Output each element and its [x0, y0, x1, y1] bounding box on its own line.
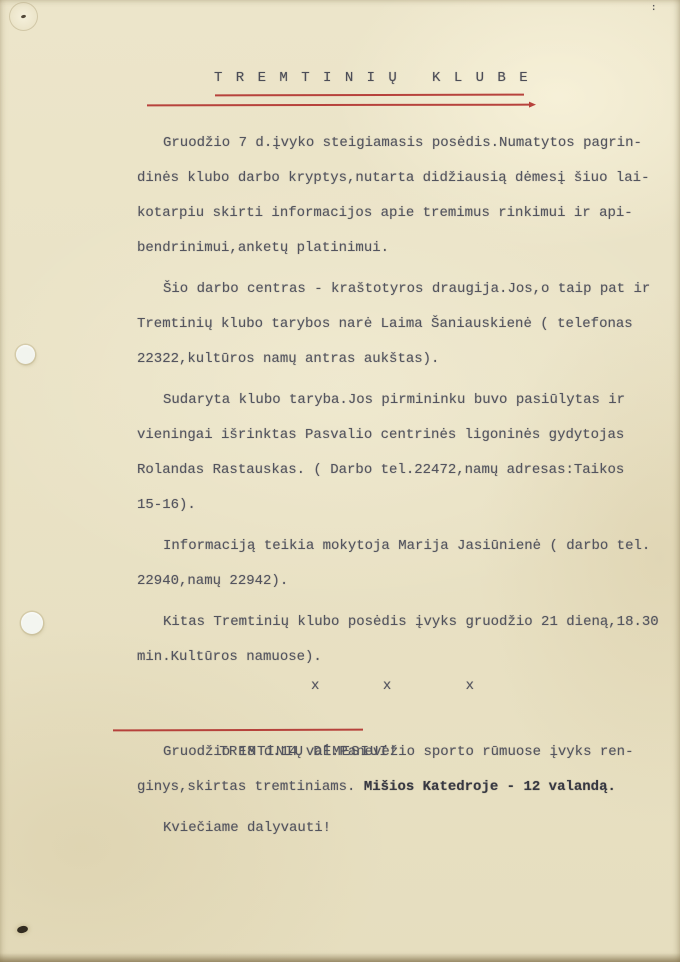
paragraph-next-meeting: Kitas Tremtinių klubo posėdis įvyks gruo…: [137, 605, 657, 675]
punch-hole-faint: [9, 2, 38, 31]
paragraph-founding-meeting: Gruodžio 7 d.įvyko steigiamasis posėdis.…: [137, 126, 657, 266]
section-heading-text: TREMTINIŲ DĖMESIUI!: [219, 744, 398, 760]
title-underline-bottom: [147, 104, 531, 107]
divider-x: x: [383, 669, 391, 704]
title-underline-top: [215, 94, 524, 97]
text-line: Rolandas Rastauskas. ( Darbo tel.22472,n…: [137, 453, 657, 488]
document-body: Gruodžio 7 d.įvyko steigiamasis posėdis.…: [137, 126, 657, 846]
punch-hole-lower: [21, 612, 43, 634]
text-line: Informaciją teikia mokytoja Marija Jasiū…: [137, 529, 657, 564]
page-corner-mark: :: [651, 3, 656, 13]
text-line: vieningai išrinktas Pasvalio centrinės l…: [137, 418, 657, 453]
text-line: 22940,namų 22942).: [137, 564, 657, 599]
divider-x: x: [466, 669, 474, 704]
text-line: kotarpiu skirti informacijos apie tremim…: [137, 196, 657, 231]
ink-dot: [21, 14, 27, 18]
paragraph-closing: Kviečiame dalyvauti!: [137, 811, 657, 846]
divider-x: x: [311, 669, 319, 704]
document-title: T R E M T I N I Ų K L U B E: [214, 70, 530, 86]
text-line: Tremtinių klubo tarybos narė Laima Šania…: [137, 307, 657, 342]
text-line: Kitas Tremtinių klubo posėdis įvyks gruo…: [137, 605, 657, 640]
paragraph-work-center: Šio darbo centras - kraštotyros draugija…: [137, 272, 657, 377]
paragraph-club-council: Sudaryta klubo taryba.Jos pirmininku buv…: [137, 383, 657, 523]
ink-speck: [16, 925, 28, 934]
text-line: Kviečiame dalyvauti!: [137, 811, 657, 846]
paragraph-information-contact: Informaciją teikia mokytoja Marija Jasiū…: [137, 529, 657, 599]
announcement-bold-text: Mišios Katedroje - 12 valandą.: [364, 779, 616, 795]
section-heading-underline: [113, 729, 363, 732]
text-line: 22322,kultūros namų antras aukštas).: [137, 342, 657, 377]
text-line: 15-16).: [137, 488, 657, 523]
text-line: Šio darbo centras - kraštotyros draugija…: [137, 272, 657, 307]
text-line: dinės klubo darbo kryptys,nutarta didžia…: [137, 161, 657, 196]
punch-hole-upper: [16, 345, 35, 364]
text-line: Sudaryta klubo taryba.Jos pirmininku buv…: [137, 383, 657, 418]
text-line: Gruodžio 7 d.įvyko steigiamasis posėdis.…: [137, 126, 657, 161]
text-line: bendrinimui,anketų platinimui.: [137, 231, 657, 266]
section-divider: x x x: [137, 669, 657, 704]
scanned-document-page: : T R E M T I N I Ų K L U B E Gruodžio 7…: [0, 0, 680, 962]
section-heading: TREMTINIŲ DĖMESIUI!: [137, 700, 657, 735]
